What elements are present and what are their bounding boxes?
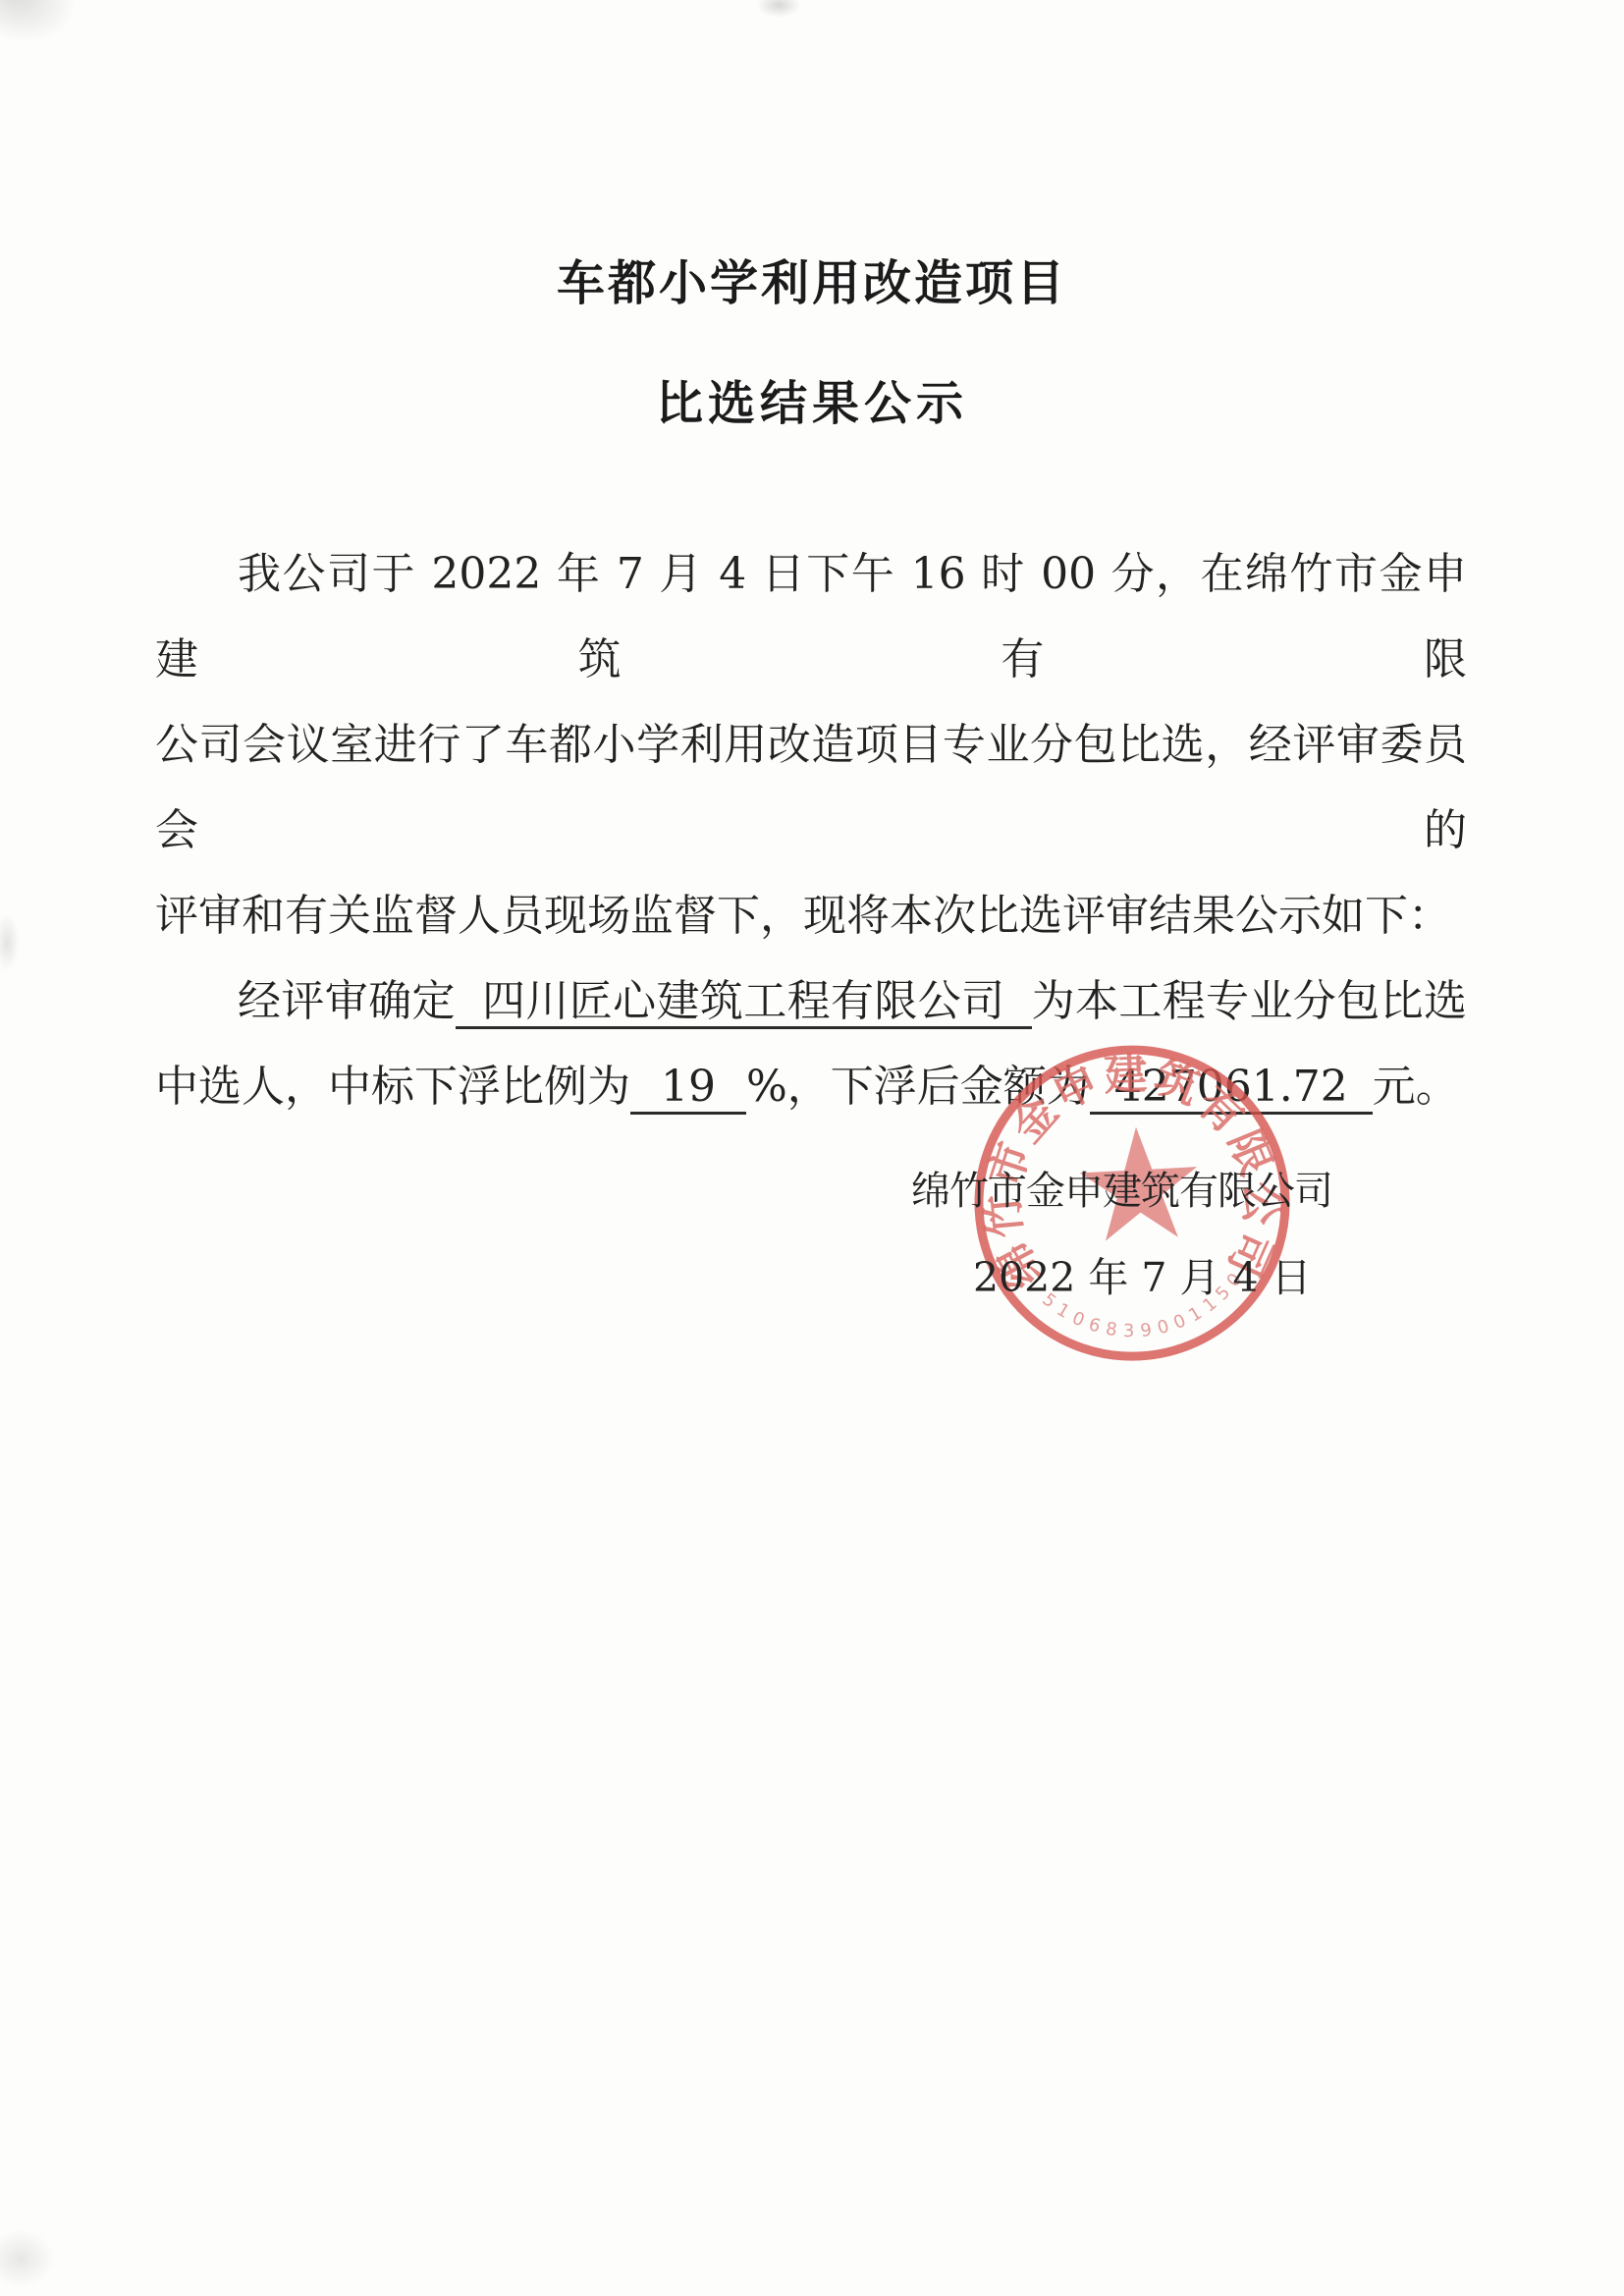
line5-prefix: 中选人，中标下浮比例为 <box>155 1062 630 1112</box>
scan-artifact-left <box>0 913 20 972</box>
line5-suffix: 元。 <box>1373 1062 1459 1112</box>
signature-date: 2022 年 7 月 4 日 <box>973 1245 1312 1303</box>
body-line-3: 评审和有关监督人员现场监督下，现将本次比选评审结果公示如下： <box>155 873 1467 958</box>
body-line-2: 公司会议室进行了车都小学利用改造项目专业分包比选，经评审委员会的 <box>155 702 1467 873</box>
body-line-1: 我公司于 2022 年 7 月 4 日下午 16 时 00 分，在绵竹市金申建筑… <box>155 531 1467 702</box>
scan-artifact-bottom-left <box>0 2229 55 2288</box>
document-title: 车都小学利用改造项目 <box>0 246 1624 314</box>
document-page: 车都小学利用改造项目 比选结果公示 我公司于 2022 年 7 月 4 日下午 … <box>0 0 1624 2296</box>
scan-artifact-top-left <box>0 0 81 63</box>
scan-artifact-top <box>756 0 801 18</box>
document-subtitle: 比选结果公示 <box>0 365 1624 433</box>
discount-rate-underlined: 19 <box>630 1062 746 1115</box>
line4-prefix: 经评审确定 <box>238 976 456 1026</box>
winner-company-underlined: 四川匠心建筑工程有限公司 <box>456 976 1032 1029</box>
signature-company-name: 绵竹市金申建筑有限公司 <box>911 1160 1332 1216</box>
line4-suffix: 为本工程专业分包比选 <box>1032 976 1467 1026</box>
